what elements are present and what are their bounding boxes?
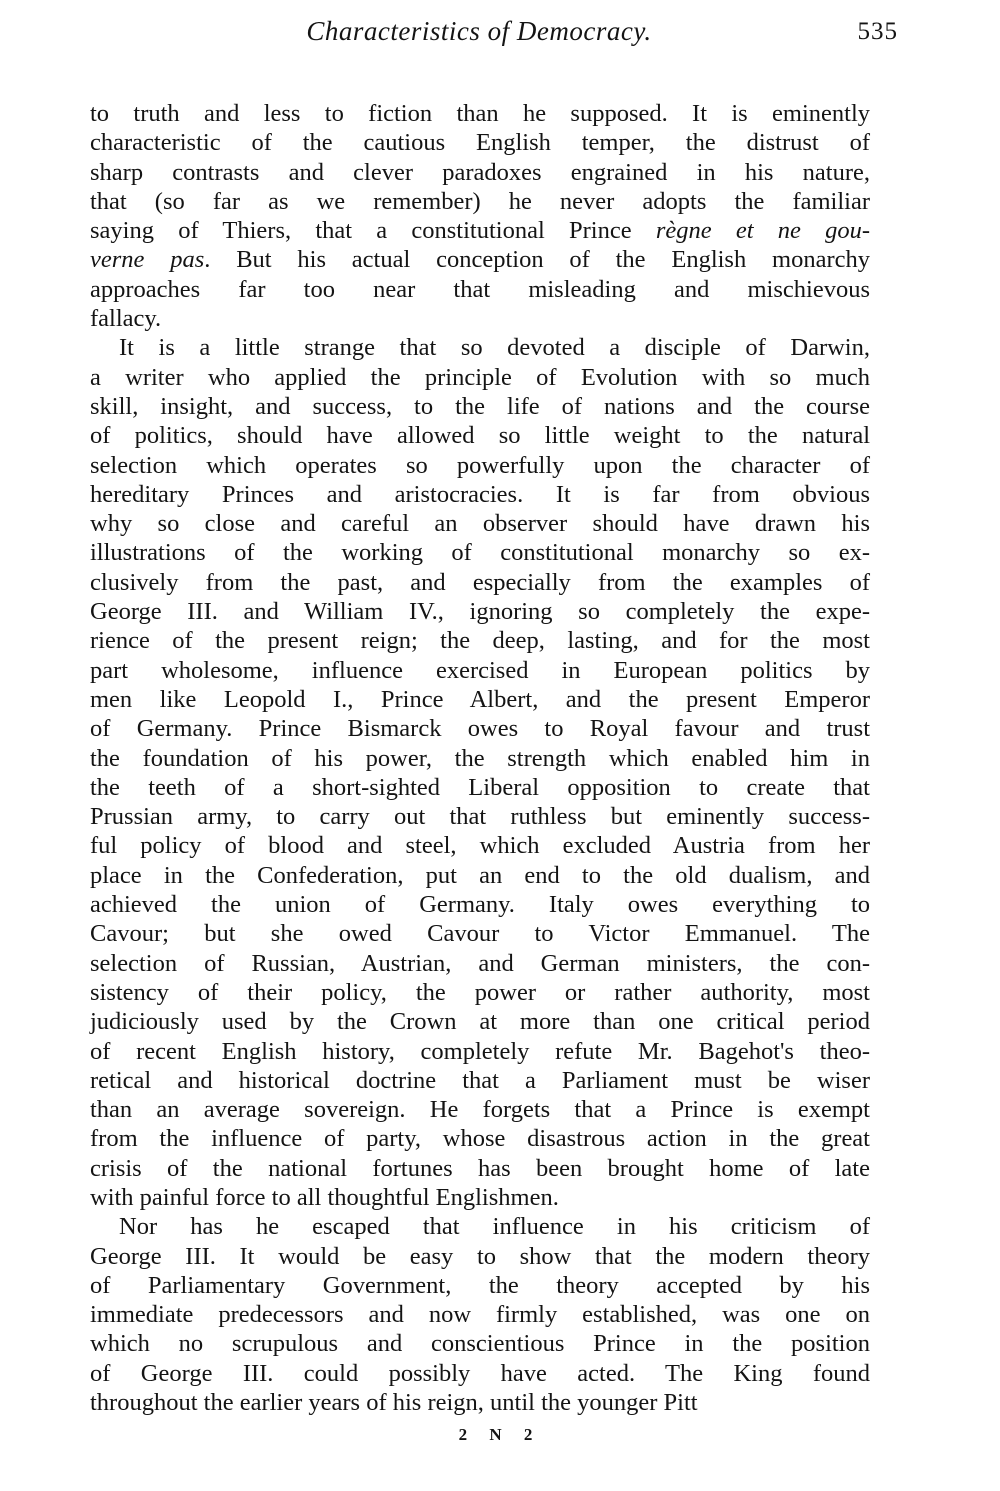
text-line: rience of the present reign; the deep, l… [90,626,870,655]
text-line: sistency of their policy, the power or r… [90,978,870,1007]
text-line: illustrations of the working of constitu… [90,538,870,567]
text-line: George III. It would be easy to show tha… [90,1242,870,1271]
text-line: of George III. could possibly have acted… [90,1359,870,1388]
text-line: verne pas. But his actual conception of … [90,245,870,274]
page-number: 535 [858,18,899,46]
text-line: of recent English history, completely re… [90,1037,870,1066]
text-line: a writer who applied the principle of Ev… [90,363,870,392]
paragraph: It is a little strange that so devoted a… [90,333,870,1212]
text-line: why so close and careful an observer sho… [90,509,870,538]
text-line: than an average sovereign. He forgets th… [90,1095,870,1124]
running-title: Characteristics of Democracy. [88,16,870,47]
italic-phrase: règne et ne gou- [656,217,870,244]
text-line: approaches far too near that misleading … [90,275,870,304]
text-line: throughout the earlier years of his reig… [90,1388,870,1417]
page-header: Characteristics of Democracy. 535 [88,16,870,56]
text-line: Prussian army, to carry out that ruthles… [90,802,870,831]
text-line: selection which operates so powerfully u… [90,451,870,480]
text-line: of politics, should have allowed so litt… [90,421,870,450]
signature-mark: 2 N 2 [0,1425,1000,1445]
text-line: Nor has he escaped that influence in his… [90,1212,870,1241]
text-line: clusively from the past, and especially … [90,568,870,597]
text-line: part wholesome, influence exercised in E… [90,656,870,685]
text-line: the teeth of a short-sighted Liberal opp… [90,773,870,802]
text-line: characteristic of the cautious English t… [90,128,870,157]
text-line: place in the Confederation, put an end t… [90,861,870,890]
text-line: that (so far as we remember) he never ad… [90,187,870,216]
text-line: retical and historical doctrine that a P… [90,1066,870,1095]
text-line: fallacy. [90,304,870,333]
text-line: saying of Thiers, that a constitutional … [90,216,870,245]
text-line: It is a little strange that so devoted a… [90,333,870,362]
text-line: sharp contrasts and clever paradoxes eng… [90,158,870,187]
text-line: ful policy of blood and steel, which exc… [90,831,870,860]
text-run: . But his actual conception of the Engli… [204,246,870,273]
text-line: to truth and less to fiction than he sup… [90,99,870,128]
text-run: saying of Thiers, that a constitutional … [90,217,656,244]
text-line: which no scrupulous and conscientious Pr… [90,1329,870,1358]
text-line: of Parliamentary Government, the theory … [90,1271,870,1300]
text-line: the foundation of his power, the strengt… [90,744,870,773]
text-line: immediate predecessors and now firmly es… [90,1300,870,1329]
text-line: Cavour; but she owed Cavour to Victor Em… [90,919,870,948]
text-line: from the influence of party, whose disas… [90,1124,870,1153]
text-line: selection of Russian, Austrian, and Germ… [90,949,870,978]
text-line: with painful force to all thoughtful Eng… [90,1183,870,1212]
body-text: to truth and less to fiction than he sup… [90,99,870,1417]
text-line: judiciously used by the Crown at more th… [90,1007,870,1036]
italic-phrase: verne pas [90,246,204,273]
book-page: Characteristics of Democracy. 535 to tru… [0,0,1000,1491]
text-line: achieved the union of Germany. Italy owe… [90,890,870,919]
text-line: men like Leopold I., Prince Albert, and … [90,685,870,714]
paragraph: to truth and less to fiction than he sup… [90,99,870,333]
text-line: crisis of the national fortunes has been… [90,1154,870,1183]
text-line: skill, insight, and success, to the life… [90,392,870,421]
text-line: George III. and William IV., ignoring so… [90,597,870,626]
paragraph: Nor has he escaped that influence in his… [90,1212,870,1417]
text-line: of Germany. Prince Bismarck owes to Roya… [90,714,870,743]
text-line: hereditary Princes and aristocracies. It… [90,480,870,509]
